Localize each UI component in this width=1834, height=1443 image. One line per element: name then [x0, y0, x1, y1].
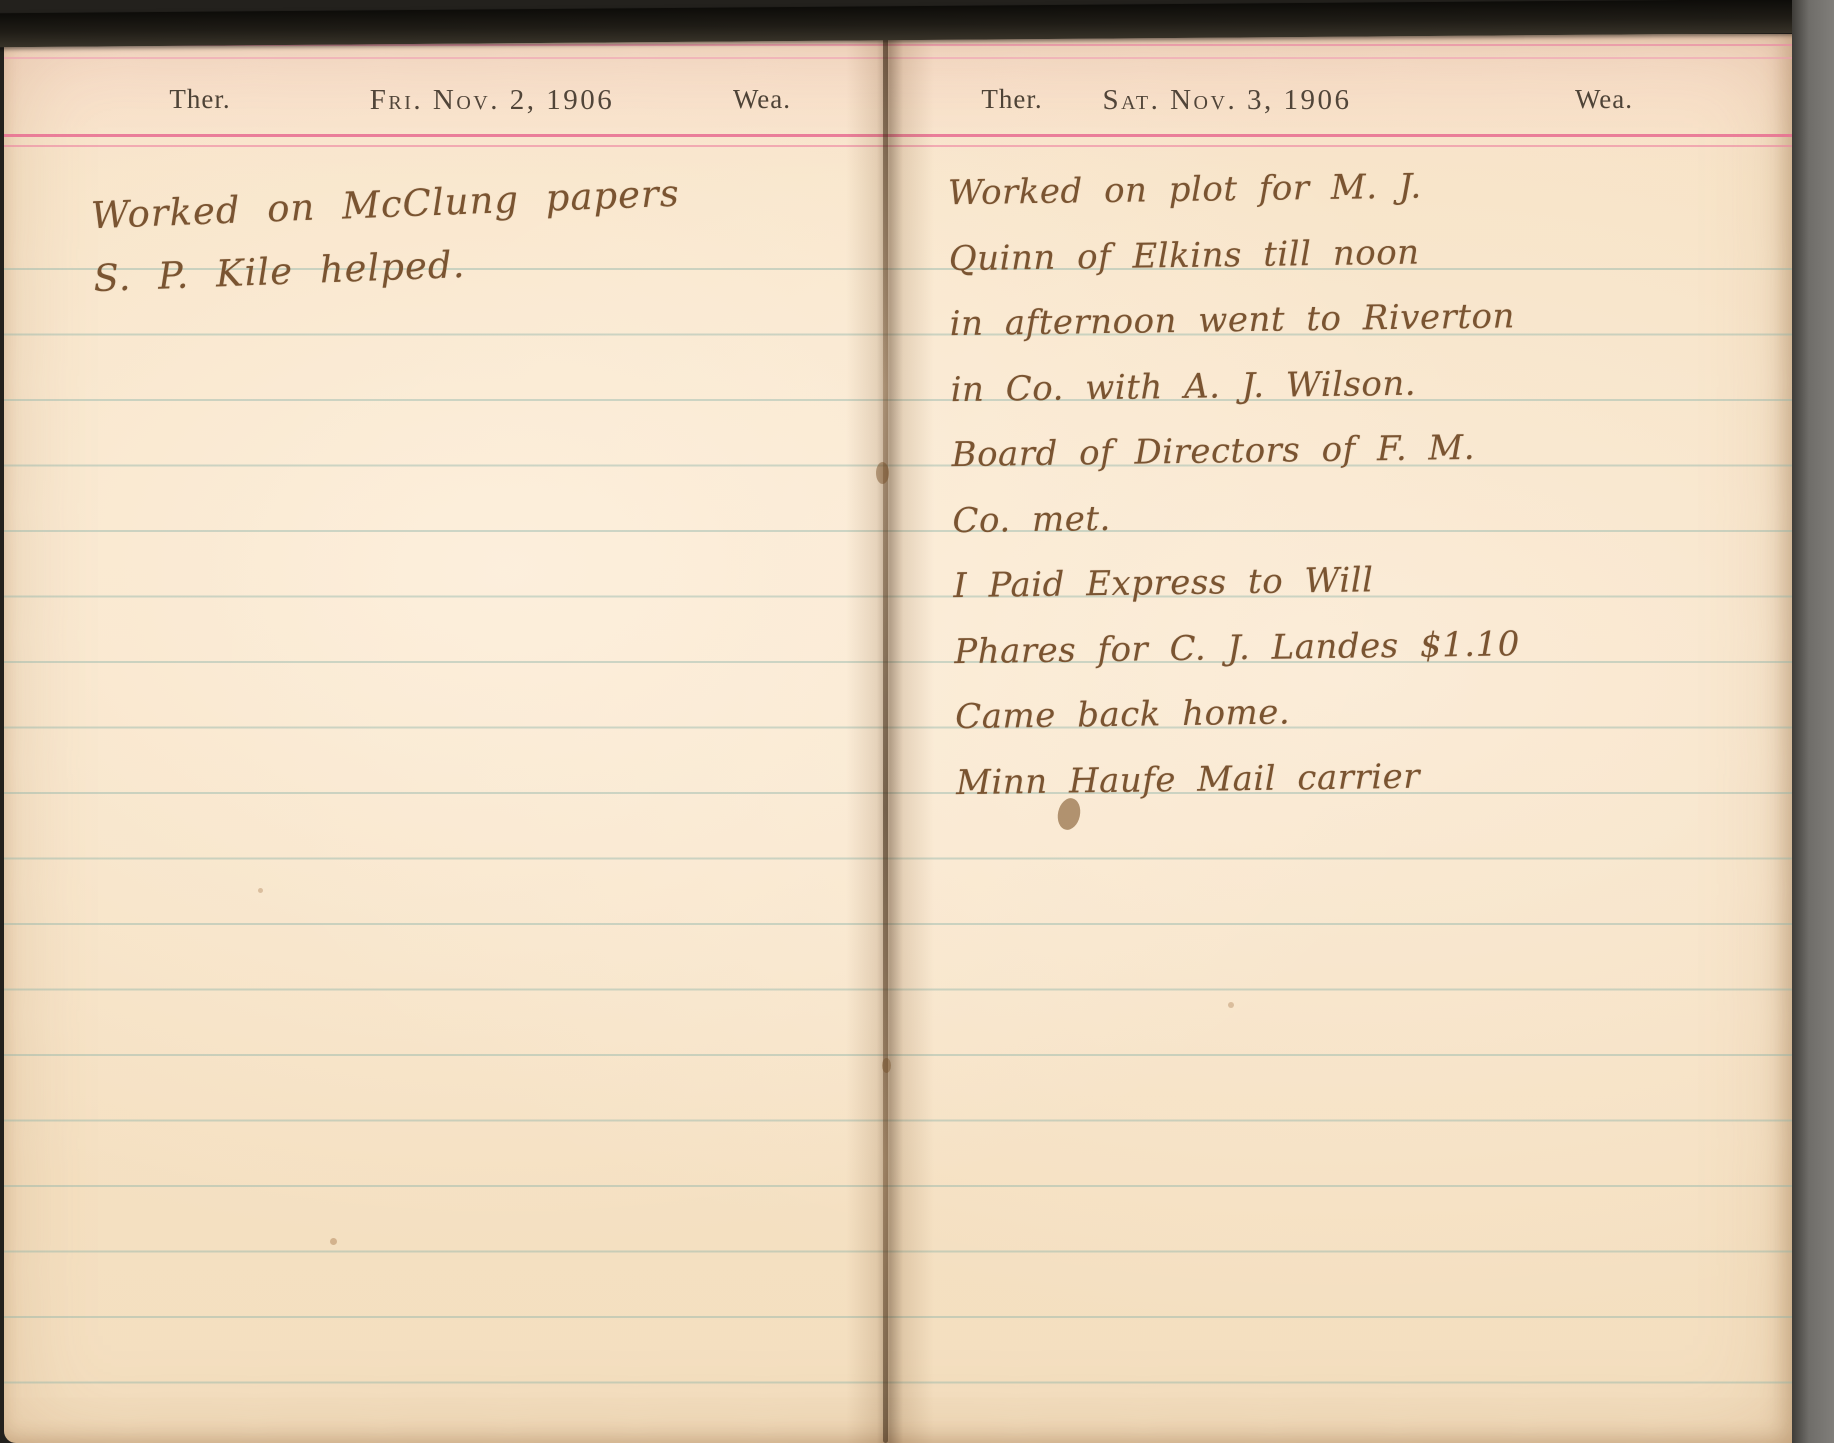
center-gutter-shadow — [846, 34, 934, 1443]
scan-right-edge — [1792, 0, 1834, 1443]
right-page-date-label: Sat. Nov. 3, 1906 — [1103, 84, 1352, 117]
foxing-spot — [1228, 1002, 1234, 1008]
gutter-fold-line — [883, 34, 888, 1443]
entry-line: in Co. with A. J. Wilson. — [950, 347, 1691, 423]
entry-line: Phares for C. J. Landes $1.10 — [954, 609, 1695, 685]
entry-line: Came back home. — [955, 675, 1696, 751]
left-page-wea-label: Wea. — [733, 84, 791, 115]
foxing-spot — [330, 1238, 337, 1245]
left-page-ther-label: Ther. — [169, 84, 230, 115]
right-page-entries: Worked on plot for M. J.Quinn of Elkins … — [947, 151, 1696, 816]
entry-line: I Paid Express to Will — [953, 544, 1694, 620]
diary-scan: Ther. Fri. Nov. 2, 1906 Wea. Ther. Sat. … — [0, 0, 1834, 1443]
entry-line: Co. met. — [952, 478, 1693, 554]
entry-line: Minn Haufe Mail carrier — [956, 740, 1697, 816]
entry-line: Worked on plot for M. J. — [947, 151, 1688, 227]
entry-line: Board of Directors of F. M. — [951, 413, 1692, 489]
ink-stain — [876, 462, 889, 484]
entry-line: in afternoon went to Riverton — [949, 282, 1690, 358]
entry-line: Quinn of Elkins till noon — [948, 216, 1689, 292]
left-page-date-label: Fri. Nov. 2, 1906 — [370, 84, 614, 117]
foxing-spot — [258, 888, 263, 893]
ink-stain — [882, 1058, 891, 1073]
right-page-wea-label: Wea. — [1575, 84, 1633, 115]
right-page-ther-label: Ther. — [981, 84, 1042, 115]
